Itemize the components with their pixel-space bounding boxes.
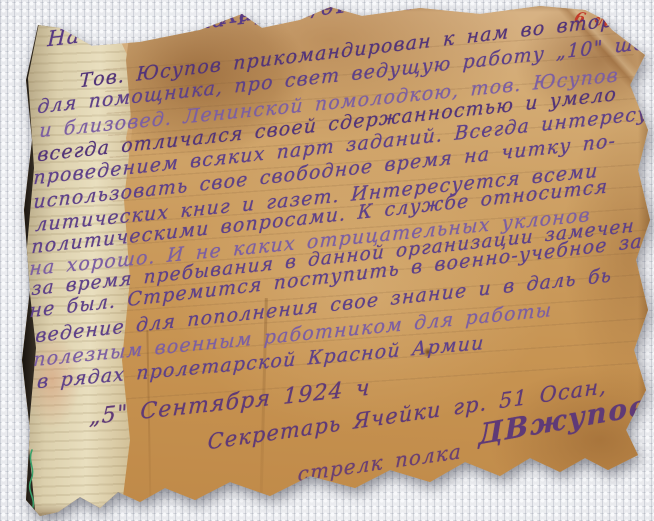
document-paper: Характеристика На кандидата Р.К. п/б1. Ю…: [0, 0, 654, 521]
document-photo: Характеристика На кандидата Р.К. п/б1. Ю…: [0, 0, 654, 521]
signoff-line-2: стрелк полка: [298, 439, 463, 486]
green-pen-scribble: [24, 448, 68, 512]
handwriting-layer: Характеристика На кандидата Р.К. п/б1. Ю…: [0, 0, 654, 521]
photo-background: Характеристика На кандидата Р.К. п/б1. Ю…: [0, 0, 654, 521]
